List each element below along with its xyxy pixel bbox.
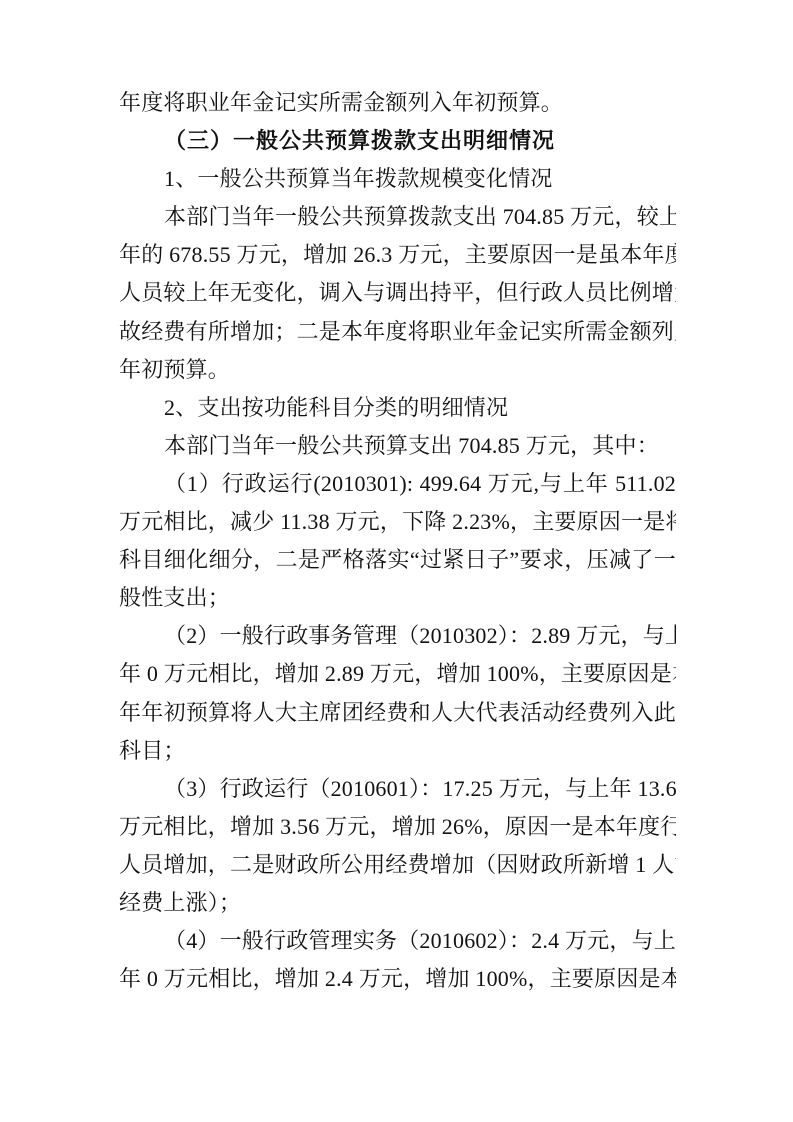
text-line: （3）行政运行（2010601）：17.25 万元，与上年 13.69 (119, 770, 676, 808)
text-line: 科目细化细分，二是严格落实“过紧日子”要求，压减了一 (119, 541, 676, 579)
text-line: 人员较上年无变化，调入与调出持平，但行政人员比例增大 (119, 274, 676, 312)
subsection-heading-2: 2、支出按功能科目分类的明细情况 (119, 389, 676, 427)
text-line: 故经费有所增加；二是本年度将职业年金记实所需金额列入 (119, 313, 676, 351)
text-line: （1）行政运行(2010301): 499.64 万元,与上年 511.02 (119, 465, 676, 503)
text-line: （2）一般行政事务管理（2010302）：2.89 万元，与上 (119, 617, 676, 655)
text-line: 年初预算。 (119, 351, 676, 389)
subsection-heading-1: 1、一般公共预算当年拨款规模变化情况 (119, 160, 676, 198)
text-line: 年年初预算将人大主席团经费和人大代表活动经费列入此 (119, 694, 676, 732)
text-block: 年度将职业年金记实所需金额列入年初预算。 （三）一般公共预算拨款支出明细情况 1… (119, 84, 676, 998)
text-line: 年的 678.55 万元，增加 26.3 万元，主要原因一是虽本年度 (119, 236, 676, 274)
text-line: 人员增加，二是财政所公用经费增加（因财政所新增 1 人故 (119, 846, 676, 884)
text-line: 万元相比，增加 3.56 万元，增加 26%，原因一是本年度行政 (119, 808, 676, 846)
section-heading: （三）一般公共预算拨款支出明细情况 (119, 122, 676, 160)
text-line: （4）一般行政管理实务（2010602）：2.4 万元，与上 (119, 922, 676, 960)
text-line: 年 0 万元相比，增加 2.89 万元，增加 100%，主要原因是本 (119, 655, 676, 693)
text-line: 本部门当年一般公共预算支出 704.85 万元，其中： (119, 427, 676, 465)
text-line: 年 0 万元相比，增加 2.4 万元，增加 100%，主要原因是本年 (119, 960, 676, 998)
text-line: 般性支出； (119, 579, 676, 617)
document-page: 年度将职业年金记实所需金额列入年初预算。 （三）一般公共预算拨款支出明细情况 1… (0, 0, 793, 1122)
text-line: 科目； (119, 732, 676, 770)
paragraph-continuation-line: 年度将职业年金记实所需金额列入年初预算。 (119, 84, 676, 122)
text-line: 万元相比，减少 11.38 万元，下降 2.23%，主要原因一是将 (119, 503, 676, 541)
text-line: 经费上涨）； (119, 884, 676, 922)
text-line: 本部门当年一般公共预算拨款支出 704.85 万元，较上 (119, 198, 676, 236)
